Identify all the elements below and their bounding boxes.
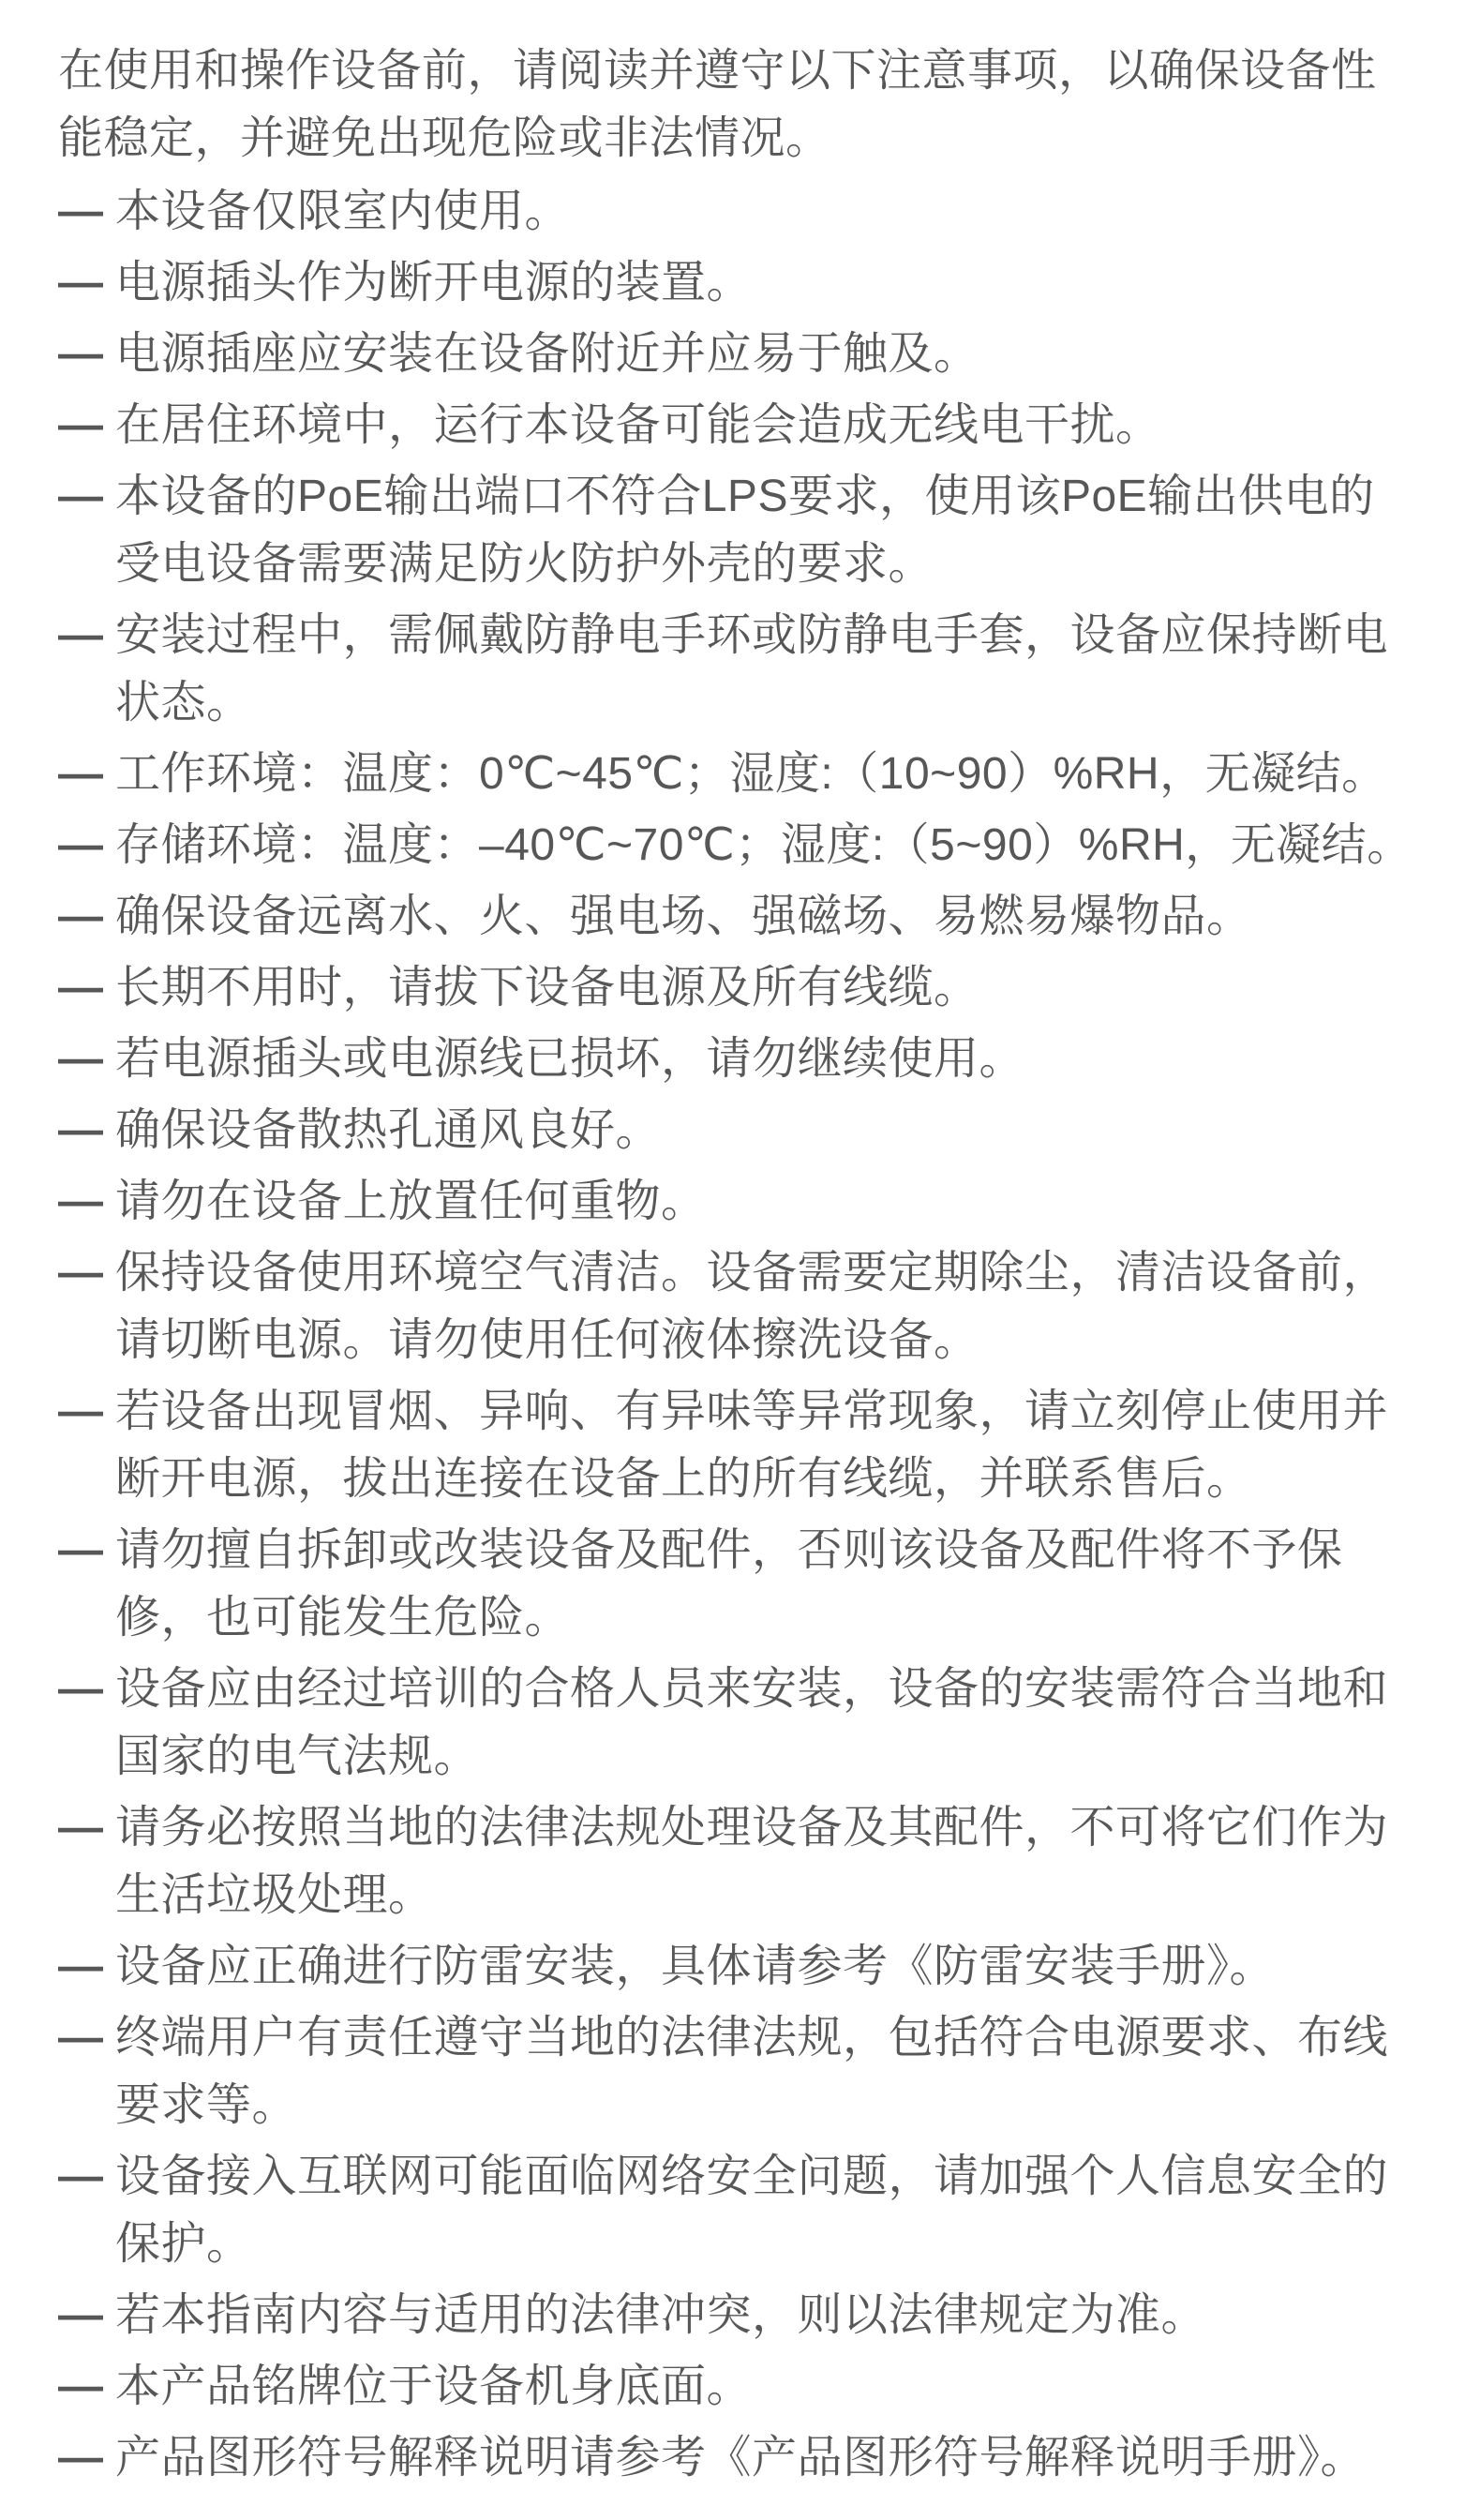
list-item: — 请勿擅自拆卸或改装设备及配件，否则该设备及配件将不予保修，也可能发生危险。	[58, 1517, 1416, 1652]
list-item-text: 安装过程中，需佩戴防静电手环或防静电手套，设备应保持断电状态。	[115, 602, 1416, 737]
list-item-text: 电源插座应安装在设备附近并应易于触及。	[115, 321, 1416, 388]
dash-bullet-marker: —	[58, 2353, 115, 2421]
dash-bullet-marker: —	[58, 1517, 115, 1584]
list-item: — 安装过程中，需佩戴防静电手环或防静电手套，设备应保持断电状态。	[58, 602, 1416, 737]
dash-bullet-marker: —	[58, 321, 115, 388]
list-item-text: 若设备出现冒烟、异响、有异味等异常现象，请立刻停止使用并断开电源，拔出连接在设备…	[115, 1378, 1416, 1513]
dash-bullet-marker: —	[58, 954, 115, 1022]
list-item-text: 确保设备散热孔通风良好。	[115, 1097, 1416, 1164]
list-item-text: 请勿在设备上放置任何重物。	[115, 1168, 1416, 1236]
list-item-text: 设备应由经过培训的合格人员来安装，设备的安装需符合当地和国家的电气法规。	[115, 1656, 1416, 1791]
dash-bullet-marker: —	[58, 392, 115, 459]
list-item-text: 长期不用时，请拔下设备电源及所有线缆。	[115, 954, 1416, 1022]
list-item-text: 本产品铭牌位于设备机身底面。	[115, 2353, 1416, 2421]
list-item: — 长期不用时，请拔下设备电源及所有线缆。	[58, 954, 1416, 1022]
list-item-text: 本设备的PoE输出端口不符合LPS要求，使用该PoE输出供电的受电设备需要满足防…	[115, 463, 1416, 598]
list-item-text: 设备接入互联网可能面临网络安全问题，请加强个人信息安全的保护。	[115, 2143, 1416, 2278]
list-item: — 电源插座应安装在设备附近并应易于触及。	[58, 321, 1416, 388]
list-item: — 若电源插头或电源线已损坏，请勿继续使用。	[58, 1026, 1416, 1093]
list-item: — 在居住环境中，运行本设备可能会造成无线电干扰。	[58, 392, 1416, 459]
dash-bullet-marker: —	[58, 1239, 115, 1307]
list-item-text: 存储环境：温度：–40℃~70℃；湿度:（5~90）%RH，无凝结。	[115, 812, 1416, 879]
list-item-text: 设备应正确进行防雷安装，具体请参考《防雷安装手册》。	[115, 1933, 1416, 2001]
list-item: — 产品图形符号解释说明请参考《产品图形符号解释说明手册》。	[58, 2424, 1416, 2492]
dash-bullet-marker: —	[58, 1097, 115, 1164]
dash-bullet-marker: —	[58, 2424, 115, 2492]
safety-notice-page: 在使用和操作设备前，请阅读并遵守以下注意事项，以确保设备性能稳定，并避免出现危险…	[0, 0, 1465, 2520]
list-item-text: 工作环境：温度：0℃~45℃；湿度:（10~90）%RH，无凝结。	[115, 741, 1416, 808]
list-item: — 确保设备散热孔通风良好。	[58, 1097, 1416, 1164]
dash-bullet-marker: —	[58, 1168, 115, 1236]
list-item-text: 产品图形符号解释说明请参考《产品图形符号解释说明手册》。	[115, 2424, 1416, 2492]
dash-bullet-marker: —	[58, 812, 115, 879]
list-item-text: 请务必按照当地的法律法规处理设备及其配件，不可将它们作为生活垃圾处理。	[115, 1794, 1416, 1929]
dash-bullet-marker: —	[58, 1656, 115, 1723]
list-item-text: 电源插头作为断开电源的装置。	[115, 249, 1416, 317]
dash-bullet-marker: —	[58, 2004, 115, 2072]
list-item-text: 确保设备远离水、火、强电场、强磁场、易燃易爆物品。	[115, 883, 1416, 951]
dash-bullet-marker: —	[58, 1026, 115, 1093]
list-item: — 电源插头作为断开电源的装置。	[58, 249, 1416, 317]
dash-bullet-marker: —	[58, 1933, 115, 2001]
list-item-text: 若电源插头或电源线已损坏，请勿继续使用。	[115, 1026, 1416, 1093]
list-item-text: 若本指南内容与适用的法律冲突，则以法律规定为准。	[115, 2282, 1416, 2349]
list-item: — 设备接入互联网可能面临网络安全问题，请加强个人信息安全的保护。	[58, 2143, 1416, 2278]
list-item: — 若设备出现冒烟、异响、有异味等异常现象，请立刻停止使用并断开电源，拔出连接在…	[58, 1378, 1416, 1513]
list-item: — 本设备的PoE输出端口不符合LPS要求，使用该PoE输出供电的受电设备需要满…	[58, 463, 1416, 598]
dash-bullet-marker: —	[58, 463, 115, 531]
intro-paragraph: 在使用和操作设备前，请阅读并遵守以下注意事项，以确保设备性能稳定，并避免出现危险…	[58, 37, 1416, 172]
dash-bullet-marker: —	[58, 249, 115, 317]
list-item-text: 在居住环境中，运行本设备可能会造成无线电干扰。	[115, 392, 1416, 459]
dash-bullet-marker: —	[58, 741, 115, 808]
list-item: — 请勿在设备上放置任何重物。	[58, 1168, 1416, 1236]
dash-bullet-marker: —	[58, 883, 115, 951]
list-item: — 若本指南内容与适用的法律冲突，则以法律规定为准。	[58, 2282, 1416, 2349]
list-item: — 存储环境：温度：–40℃~70℃；湿度:（5~90）%RH，无凝结。	[58, 812, 1416, 879]
list-item-text: 终端用户有责任遵守当地的法律法规，包括符合电源要求、布线要求等。	[115, 2004, 1416, 2139]
list-item: — 设备应正确进行防雷安装，具体请参考《防雷安装手册》。	[58, 1933, 1416, 2001]
dash-bullet-marker: —	[58, 1794, 115, 1862]
dash-bullet-marker: —	[58, 2143, 115, 2211]
list-item-text: 本设备仅限室内使用。	[115, 178, 1416, 246]
list-item: — 工作环境：温度：0℃~45℃；湿度:（10~90）%RH，无凝结。	[58, 741, 1416, 808]
list-item: — 设备应由经过培训的合格人员来安装，设备的安装需符合当地和国家的电气法规。	[58, 1656, 1416, 1791]
dash-bullet-marker: —	[58, 1378, 115, 1446]
list-item: — 终端用户有责任遵守当地的法律法规，包括符合电源要求、布线要求等。	[58, 2004, 1416, 2139]
dash-bullet-marker: —	[58, 178, 115, 246]
dash-bullet-marker: —	[58, 2282, 115, 2349]
list-item: — 保持设备使用环境空气清洁。设备需要定期除尘，清洁设备前，请切断电源。请勿使用…	[58, 1239, 1416, 1374]
list-item: — 本产品铭牌位于设备机身底面。	[58, 2353, 1416, 2421]
list-item: — 确保设备远离水、火、强电场、强磁场、易燃易爆物品。	[58, 883, 1416, 951]
list-item-text: 保持设备使用环境空气清洁。设备需要定期除尘，清洁设备前，请切断电源。请勿使用任何…	[115, 1239, 1416, 1374]
list-item: — 请务必按照当地的法律法规处理设备及其配件，不可将它们作为生活垃圾处理。	[58, 1794, 1416, 1929]
safety-notice-list: — 本设备仅限室内使用。 — 电源插头作为断开电源的装置。 — 电源插座应安装在…	[58, 178, 1416, 2492]
list-item: — 本设备仅限室内使用。	[58, 178, 1416, 246]
dash-bullet-marker: —	[58, 602, 115, 669]
list-item-text: 请勿擅自拆卸或改装设备及配件，否则该设备及配件将不予保修，也可能发生危险。	[115, 1517, 1416, 1652]
